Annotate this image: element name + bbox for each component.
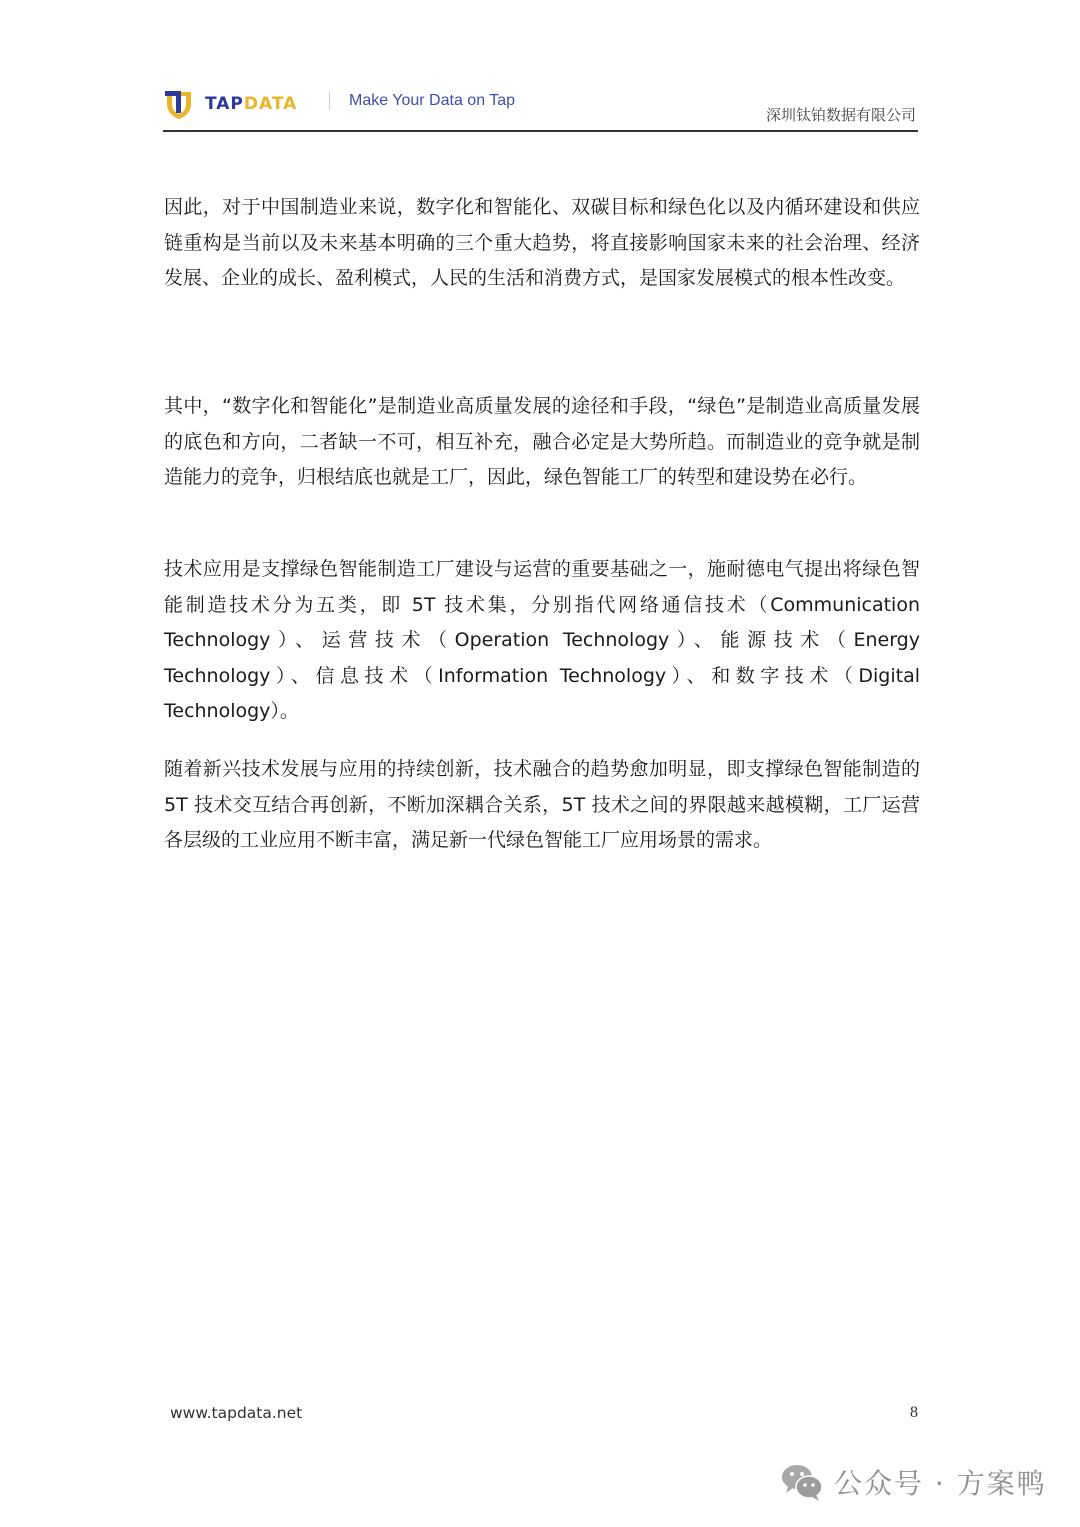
page-footer: www.tapdata.net 8 [170,1404,918,1428]
logo-text-tap: TAP [205,94,244,114]
logo-wordmark: TAPDATA [205,94,297,114]
paragraph-2: 其中，“数字化和智能化”是制造业高质量发展的途径和手段，“绿色”是制造业高质量发… [164,389,920,496]
footer-url: www.tapdata.net [170,1404,302,1422]
logo-text-data: DATA [244,94,297,114]
tapdata-logo: TAPDATA [163,88,297,120]
header-divider [329,92,330,110]
watermark-text: 公众号 · 方案鸭 [834,1462,1047,1502]
paragraph-1: 因此，对于中国制造业来说，数字化和智能化、双碳目标和绿色化以及内循环建设和供应链… [164,190,920,297]
paragraph-3: 技术应用是支撑绿色智能制造工厂建设与运营的重要基础之一，施耐德电气提出将绿色智能… [164,552,920,730]
watermark: 公众号 · 方案鸭 [780,1462,1047,1502]
page-number: 8 [910,1404,918,1422]
company-name: 深圳钛铂数据有限公司 [766,104,916,125]
paragraph-4: 随着新兴技术发展与应用的持续创新，技术融合的趋势愈加明显，即支撑绿色智能制造的 … [164,752,920,859]
tapdata-shield-logo-icon [163,88,195,120]
wechat-icon [780,1462,824,1502]
tagline: Make Your Data on Tap [349,92,515,110]
page-header: TAPDATA Make Your Data on Tap 深圳钛铂数据有限公司 [163,84,918,132]
